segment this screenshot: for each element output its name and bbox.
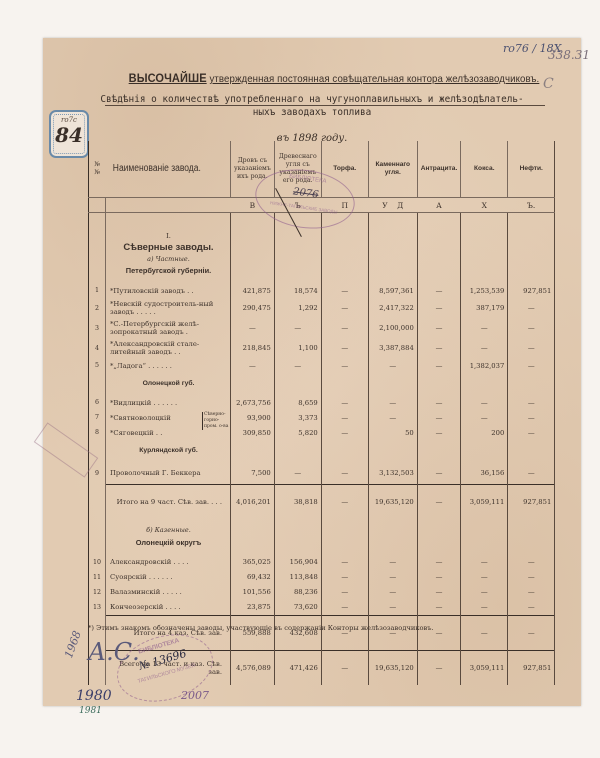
- gov-petersburg: Петербугской губерніи.: [110, 267, 227, 275]
- gov-olonets-row: Олонецкой губ.: [89, 373, 555, 395]
- table-row: 7 *Святноволоцкій Сѣверно-горно-пром. о-…: [89, 410, 555, 425]
- bracket-note: Сѣверно-горно-пром. о-ва: [202, 412, 230, 430]
- table-row: 2 *Невскій судостроитель-ный заводъ . . …: [89, 298, 555, 318]
- header-bold-word: ВЫСОЧАЙШЕ: [129, 71, 207, 85]
- handwritten-initials: А.С.: [88, 638, 140, 666]
- subsection-state: б) Казенные.: [110, 526, 227, 534]
- col-header-anthracite: Антрацита.: [417, 141, 461, 198]
- subsection-state-row: б) Казенные. Олонецкій округъ: [89, 519, 555, 555]
- table-row: 6 *Видлицкій . . . . . . 2,673,756 8,659…: [89, 395, 555, 410]
- col-header-name: Наименованіе завода.: [106, 141, 212, 198]
- table-row: 8 *Сяговецкій . . 309,850 5,820 — 50 — 2…: [89, 425, 555, 440]
- subtotal-private-row: Итого на 9 част. Сѣв. зав. . . . 4,016,2…: [89, 484, 555, 519]
- section-title: Сѣверные заводы.: [110, 244, 227, 252]
- handwritten-year-1981: 1981: [79, 706, 102, 716]
- unit-letter: Х: [461, 198, 508, 213]
- subsection-private: а) Частные.: [110, 255, 227, 263]
- table-row: 3 *С.-Петербургскій желѣ-зопрокатный зав…: [89, 318, 555, 338]
- header-rule: [105, 105, 545, 106]
- header-subtitle-line2: ныхъ заводахъ топлива: [43, 106, 581, 119]
- unit-letter: Ъ.: [508, 198, 555, 213]
- table-row: 9 Проволочный Г. Беккера 7,500 — — 3,132…: [89, 462, 555, 484]
- header-subtitle: Свѣдѣнія о количествѣ употребленнаго на …: [43, 93, 581, 119]
- document-page: ro76 / 18Х 338.31 С ВЫСОЧАЙШЕ утвержденн…: [43, 38, 581, 706]
- table-row: 4 *Александровскій стале-литейный заводъ…: [89, 338, 555, 358]
- handwritten-right-number: 338.31: [548, 48, 590, 62]
- unit-letter: А: [417, 198, 461, 213]
- unit-letter: У Д: [368, 198, 417, 213]
- table-row: 10 Александровскій . . . . 365,025 156,9…: [89, 555, 555, 570]
- header-office-title: ВЫСОЧАЙШЕ утвержденная постоянная совѣща…: [118, 71, 550, 85]
- handwritten-year-1968: 1968: [62, 629, 84, 660]
- section-number: I.: [110, 232, 227, 240]
- table-row: 11 Суоярскій . . . . . . 69,432 113,848 …: [89, 570, 555, 585]
- table-row: 5 *„Ладога“ . . . . . . — — — — — 1,382,…: [89, 358, 555, 373]
- col-header-index: №№: [89, 141, 106, 198]
- col-header-coke: Кокса.: [461, 141, 508, 198]
- archive-label: ro7с 84: [49, 110, 89, 158]
- footnote: *) Этимъ знакомъ обозначены заводы, учас…: [88, 624, 434, 632]
- handwritten-year-2007: 2007: [181, 689, 209, 702]
- table-row: 1 *Путиловскій заводъ . . 421,875 18,574…: [89, 283, 555, 298]
- table-row: 13 Кончеозерскій . . . . 23,875 73,620 —…: [89, 600, 555, 616]
- gov-kurland-row: Курляндской губ.: [89, 440, 555, 462]
- table-row: 12 Валазминскій . . . . . 101,556 88,236…: [89, 585, 555, 600]
- archive-label-number: 84: [51, 124, 87, 146]
- col-header-coal: Каменнаго угля.: [368, 141, 417, 198]
- header-office-rest: утвержденная постоянная совѣщательная ко…: [209, 73, 539, 85]
- handwritten-year-1980: 1980: [76, 688, 112, 704]
- district-olonets: Олонецкій округъ: [110, 539, 227, 547]
- col-header-oil: Нефти.: [508, 141, 555, 198]
